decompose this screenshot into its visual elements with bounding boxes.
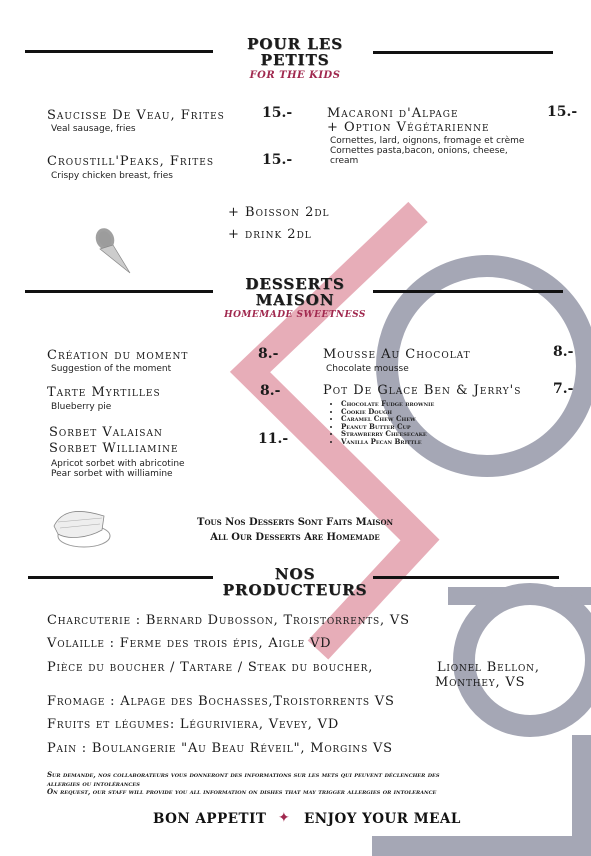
producer-line: Fruits et légumes: Léguriviera, Vevey, V… [47,717,339,732]
producer-line: Volaille : Ferme des trois épis, Aigle V… [47,636,331,651]
section-rule-right [373,576,559,579]
desc-line: cream [330,156,524,166]
menu-item-desc: Veal sausage, fries [51,124,136,134]
menu-item-desc: Apricot sorbet with abricotine Pear sorb… [51,459,185,479]
producers-section-title: NOS PRODUCTEURS [205,566,385,598]
butcher-location: Monthey, VS [435,675,540,690]
menu-item-price: 8.- [553,344,573,360]
menu-item-price: 7.- [553,381,573,397]
producer-line: Charcuterie : Bernard Dubosson, Troistor… [47,613,410,628]
menu-item-name-line: + Option Végétarienne [327,121,490,135]
menu-item-name: Mousse Au Chocolat [323,348,471,362]
desserts-title-line1: DESSERTS [205,276,385,292]
menu-item-name: Tarte Myrtilles [47,386,161,400]
producer-line-butcher: Lionel Bellon, Monthey, VS [437,660,540,690]
section-rule-left [25,290,213,293]
kids-title-line1: POUR LES [210,36,380,52]
menu-item-desc: Blueberry pie [51,402,111,412]
footer-enjoy-your-meal: ENJOY YOUR MEAL [304,811,461,827]
kids-title-line2: PETITS [210,52,380,68]
producer-line: Pain : Boulangerie "Au Beau Réveil", Mor… [47,741,393,756]
menu-item-name: Saucisse De Veau, Frites [47,109,225,123]
butcher-name: Lionel Bellon, [437,660,540,675]
producers-title-line2: PRODUCTEURS [205,582,385,598]
desserts-section-title: DESSERTS MAISON [205,276,385,308]
desc-line: Cornettes pasta,bacon, onions, cheese, [330,146,524,156]
section-rule-right [373,290,563,293]
ice-cream-cone-icon [94,225,134,277]
desserts-section-subtitle: HOMEMADE SWEETNESS [205,310,385,320]
menu-item-price: 15.- [262,105,292,121]
homemade-note: Tous Nos Desserts Sont Faits Maison All … [140,515,450,545]
menu-item-name-line: Sorbet Williamine [49,441,179,457]
desc-line: Apricot sorbet with abricotine [51,459,185,469]
menu-item-price: 8.- [260,383,280,399]
menu-item-name-line: Sorbet Valaisan [49,425,179,441]
cake-slice-icon [48,504,114,552]
section-rule-left [25,50,213,53]
producer-line: Fromage : Alpage des Bochasses,Troistorr… [47,694,395,709]
menu-item-name: Macaroni d'Alpage + Option Végétarienne [327,107,490,135]
desserts-title-line2: MAISON [205,292,385,308]
star-separator-icon: ✦ [278,810,290,826]
menu-item-price: 8.- [258,346,278,362]
flavor-item: Vanilla Pecan Brittle [341,438,434,446]
menu-item-name: Croustill'Peaks, Frites [47,155,214,169]
homemade-note-en: All Our Desserts Are Homemade [140,530,450,545]
drink-addon-fr: + Boisson 2dl [228,206,330,220]
allergy-en: On request, our staff will provide you a… [47,788,567,797]
desc-line: Cornettes, lard, oignons, fromage et crè… [330,136,524,146]
desc-line: Pear sorbet with williamine [51,469,185,479]
kids-section-subtitle: FOR THE KIDS [210,70,380,81]
menu-item-name: Pot De Glace Ben & Jerry's [323,384,521,398]
footer-bon-appetit: BON APPETIT [153,811,266,827]
menu-item-desc: Cornettes, lard, oignons, fromage et crè… [330,136,524,166]
producer-line: Pièce du boucher / Tartare / Steak du bo… [47,660,373,675]
producers-title-line1: NOS [205,566,385,582]
menu-item-name: Sorbet Valaisan Sorbet Williamine [49,425,179,457]
menu-item-price: 15.- [262,152,292,168]
kids-section-title: POUR LES PETITS [210,36,380,68]
menu-item-name-line: Macaroni d'Alpage [327,107,490,121]
menu-item-desc: Chocolate mousse [326,364,409,374]
section-rule-right [373,51,553,54]
drink-addon-en: + drink 2dl [228,228,312,242]
flavor-list: Chocolate Fudge brownie Cookie Dough Car… [325,400,434,445]
menu-item-desc: Crispy chicken breast, fries [51,171,173,181]
menu-item-name: Création du moment [47,349,188,363]
menu-item-price: 15.- [547,104,577,120]
homemade-note-fr: Tous Nos Desserts Sont Faits Maison [140,515,450,530]
menu-item-price: 11.- [258,431,288,447]
section-rule-left [28,576,213,579]
allergy-notice: Sur demande, nos collaborateurs vous don… [47,771,567,797]
menu-item-desc: Suggestion of the moment [51,364,171,374]
gray-bar-bottom [372,836,591,856]
